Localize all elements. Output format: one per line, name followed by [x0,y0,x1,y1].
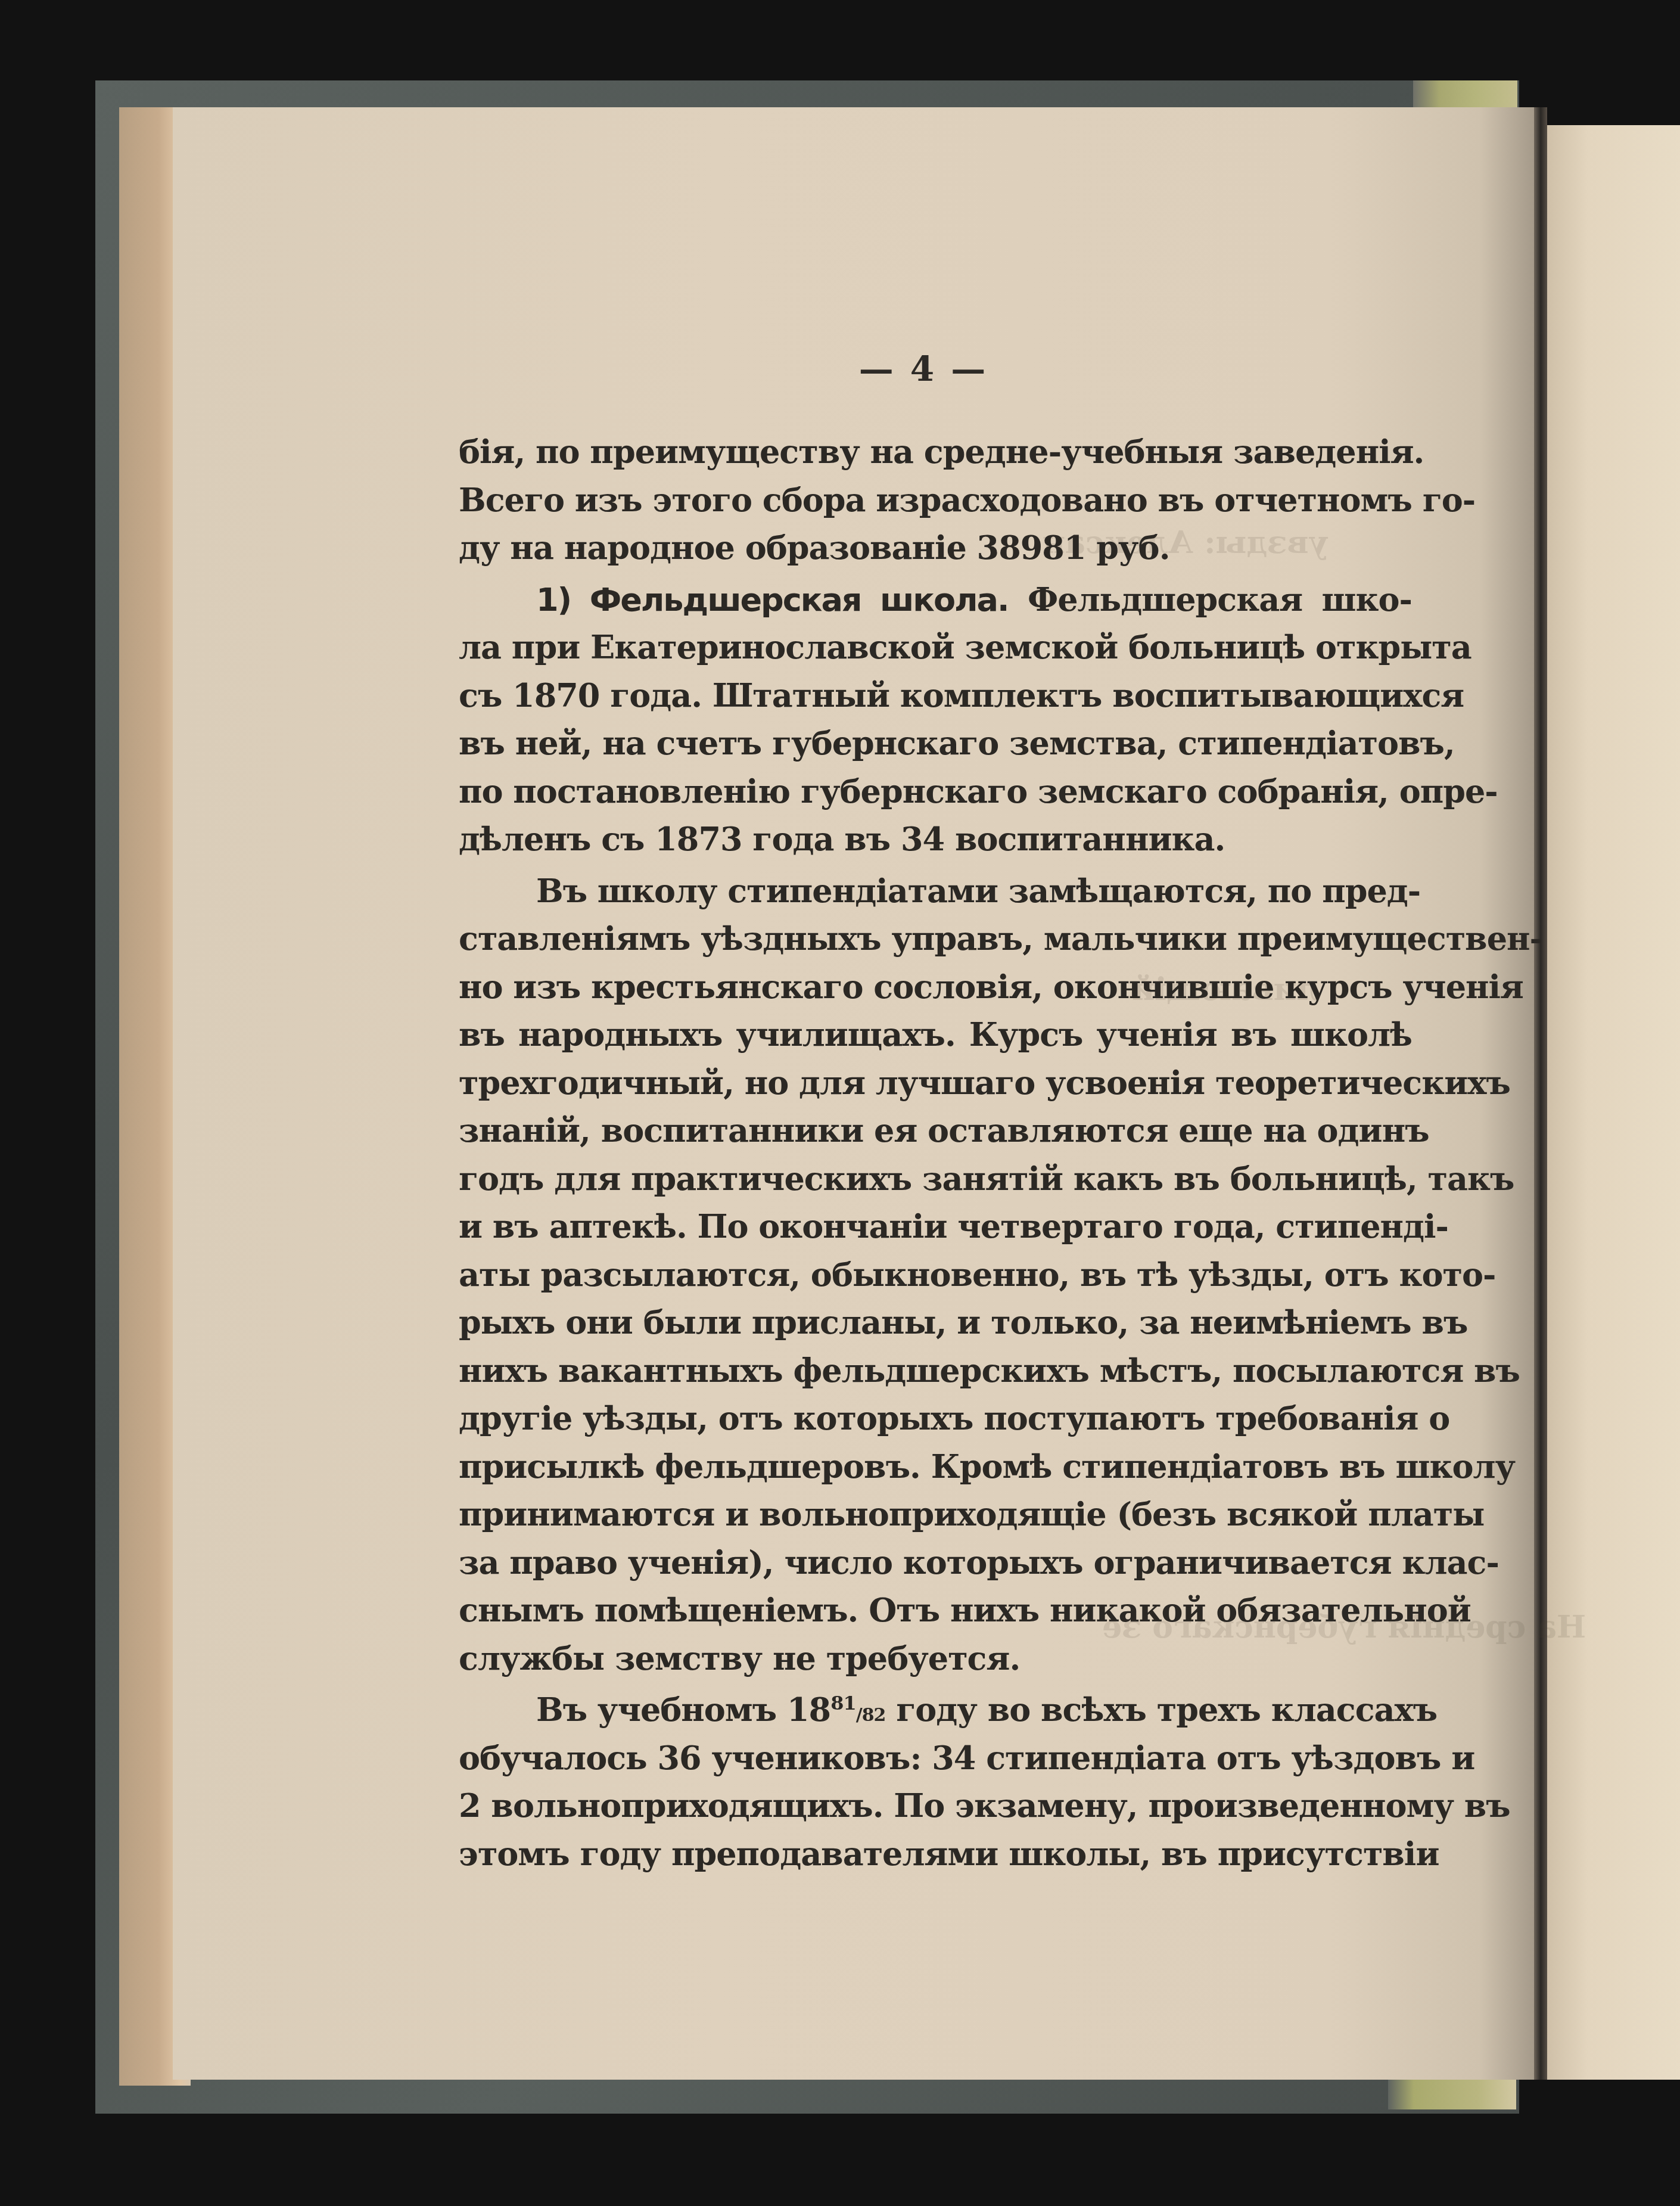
text-line: службы земству не требуется. [459,1635,1412,1683]
text-line: обучалось 36 учениковъ: 34 стипендіата о… [459,1734,1412,1782]
year-fraction-numerator: 81 [830,1692,856,1714]
text-line: но изъ крестьянскаго сословія, окончивші… [459,963,1412,1011]
body-text: бія, по преимуществу на средне-учебныя з… [459,428,1412,1878]
adjacent-page [1547,125,1680,2080]
text-line: 2 вольноприходящихъ. По экзамену, произв… [459,1782,1412,1830]
text-line: этомъ году преподавателями школы, въ при… [459,1830,1412,1878]
text-line: трехгодичный, но для лучшаго усвоенія те… [459,1059,1412,1107]
text-line: въ ней, на счетъ губернскаго земства, ст… [459,719,1412,768]
text-line: присылкѣ фельдшеровъ. Кромѣ стипендіатов… [459,1443,1412,1491]
year-fraction-denominator: /82 [856,1705,886,1726]
text-line: аты разсылаются, обыкновенно, въ тѣ уѣзд… [459,1251,1412,1299]
text-line: ставленіямъ уѣздныхъ управъ, мальчики пр… [459,915,1412,963]
text-line: знаній, воспитанники ея оставляются еще … [459,1107,1412,1155]
cover-strip-top [1413,80,1517,109]
page-number: — 4 — [834,349,1013,389]
text-line: снымъ помѣщеніемъ. Отъ нихъ никакой обяз… [459,1586,1412,1635]
text-line: годъ для практическихъ занятій какъ въ б… [459,1155,1412,1203]
text-line: ду на народное образованіе 38981 руб. [459,524,1412,572]
section-heading: 1) Фельдшерская школа. [536,581,1009,619]
text-line: съ 1870 года. Штатный комплектъ воспитыв… [459,672,1412,720]
text-line: принимаются и вольноприходящіе (безъ вся… [459,1490,1412,1539]
text-run: году во всѣхъ трехъ классахъ [885,1691,1437,1729]
text-line: бія, по преимуществу на средне-учебныя з… [459,428,1412,476]
text-line: дѣленъ съ 1873 года въ 34 воспитанника. [459,815,1412,863]
book-gutter [1534,107,1547,2080]
text-line: рыхъ они были присланы, и только, за неи… [459,1298,1412,1347]
text-line: Въ школу стипендіатами замѣщаются, по пр… [459,867,1412,915]
text-line: другіе уѣзды, отъ которыхъ поступаютъ тр… [459,1394,1412,1443]
text-run: Фельдшерская шко- [1028,580,1412,619]
text-run: Въ учебномъ 18 [536,1691,830,1729]
text-line: Всего изъ этого сбора израсходовано въ о… [459,476,1412,524]
text-line: и въ аптекѣ. По окончаніи четвертаго год… [459,1203,1412,1251]
text-line: по постановленію губернскаго земскаго со… [459,768,1412,816]
text-line: за право ученія), число которыхъ огранич… [459,1539,1412,1587]
text-line: Въ учебномъ 1881/82 году во всѣхъ трехъ … [459,1686,1412,1734]
text-line: ла при Екатеринославской земской больниц… [459,623,1412,672]
text-line: нихъ вакантныхъ фельдшерскихъ мѣстъ, пос… [459,1347,1412,1395]
text-line: въ народныхъ училищахъ. Курсъ ученія въ … [459,1011,1412,1059]
cover-strip-bottom [1388,2080,1516,2109]
section-heading-line: 1) Фельдшерская школа. Фельдшерская шко- [459,576,1412,624]
